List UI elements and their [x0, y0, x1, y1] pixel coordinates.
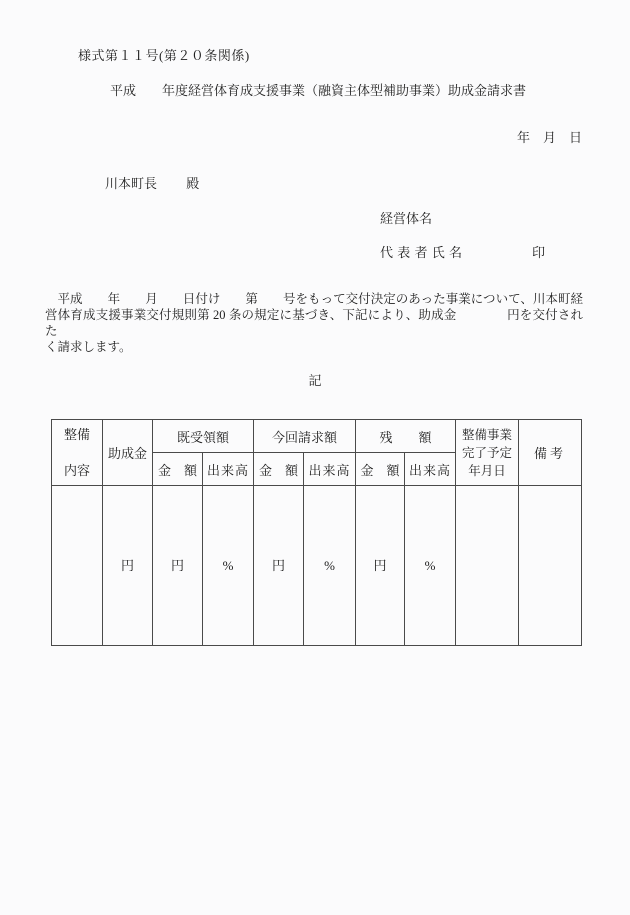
header-kingaku-1: 金 額: [153, 453, 203, 486]
header-dekidaka-2: 出来高: [304, 453, 356, 486]
addressee-line: 川本町長 殿: [105, 177, 199, 191]
document-title: 平成 年度経営体育成支援事業（融資主体型補助事業）助成金請求書: [110, 84, 526, 98]
paragraph-line-3: く請求します。: [45, 339, 583, 355]
header-completion-line2: 完了予定: [456, 444, 518, 462]
request-paragraph: 平成 年 月 日付け 第 号をもって交付決定のあった事業について、川本町経 営体…: [45, 291, 583, 355]
cell-completion-date-blank: [456, 486, 519, 646]
cell-zangaku-kingaku-yen: 円: [356, 486, 405, 646]
header-seibi-naiyo-line2: 内容: [52, 464, 102, 477]
paragraph-line-2: 営体育成支援事業交付規則第 20 条の規定に基づき、下記により、助成金 円を交付…: [45, 307, 583, 339]
header-dekidaka-1: 出来高: [203, 453, 254, 486]
header-completion-line1: 整備事業: [456, 426, 518, 444]
header-konkai-seikyugaku: 今回請求額: [254, 420, 356, 453]
grant-request-table: 整備 内容 助成金 既受領額 今回請求額 残 額 整備事業 完了予定 年月日 備…: [51, 419, 582, 646]
record-mark: 記: [0, 374, 630, 388]
representative-name-label: 代 表 者 氏 名: [380, 246, 463, 260]
header-seibi-naiyo: 整備 内容: [52, 420, 103, 486]
paragraph-line-1: 平成 年 月 日付け 第 号をもって交付決定のあった事業について、川本町経: [45, 291, 583, 307]
table-header-row-1: 整備 内容 助成金 既受領額 今回請求額 残 額 整備事業 完了予定 年月日 備…: [52, 420, 582, 453]
header-kingaku-3: 金 額: [356, 453, 405, 486]
header-joseikin: 助成金: [103, 420, 153, 486]
form-number: 様式第１１号(第２０条関係): [78, 49, 250, 63]
cell-kijuryo-dekidaka-percent: %: [203, 486, 254, 646]
entity-name-label: 経営体名: [380, 212, 432, 226]
cell-biko-blank: [519, 486, 582, 646]
header-completion-date: 整備事業 完了予定 年月日: [456, 420, 519, 486]
header-kingaku-2: 金 額: [254, 453, 304, 486]
header-biko: 備考: [519, 420, 582, 486]
seal-label: 印: [532, 246, 545, 260]
header-seibi-naiyo-line1: 整備: [52, 428, 102, 441]
date-field: 年 月 日: [517, 131, 582, 145]
header-completion-line3: 年月日: [456, 462, 518, 480]
cell-kijuryo-kingaku-yen: 円: [153, 486, 203, 646]
cell-zangaku-dekidaka-percent: %: [405, 486, 456, 646]
cell-joseikin-yen: 円: [103, 486, 153, 646]
cell-seibi-naiyo-blank: [52, 486, 103, 646]
table-body-row: 円 円 % 円 % 円 %: [52, 486, 582, 646]
cell-konkai-dekidaka-percent: %: [304, 486, 356, 646]
header-dekidaka-3: 出来高: [405, 453, 456, 486]
header-zangaku: 残 額: [356, 420, 456, 453]
header-kijuryogaku: 既受領額: [153, 420, 254, 453]
cell-konkai-kingaku-yen: 円: [254, 486, 304, 646]
